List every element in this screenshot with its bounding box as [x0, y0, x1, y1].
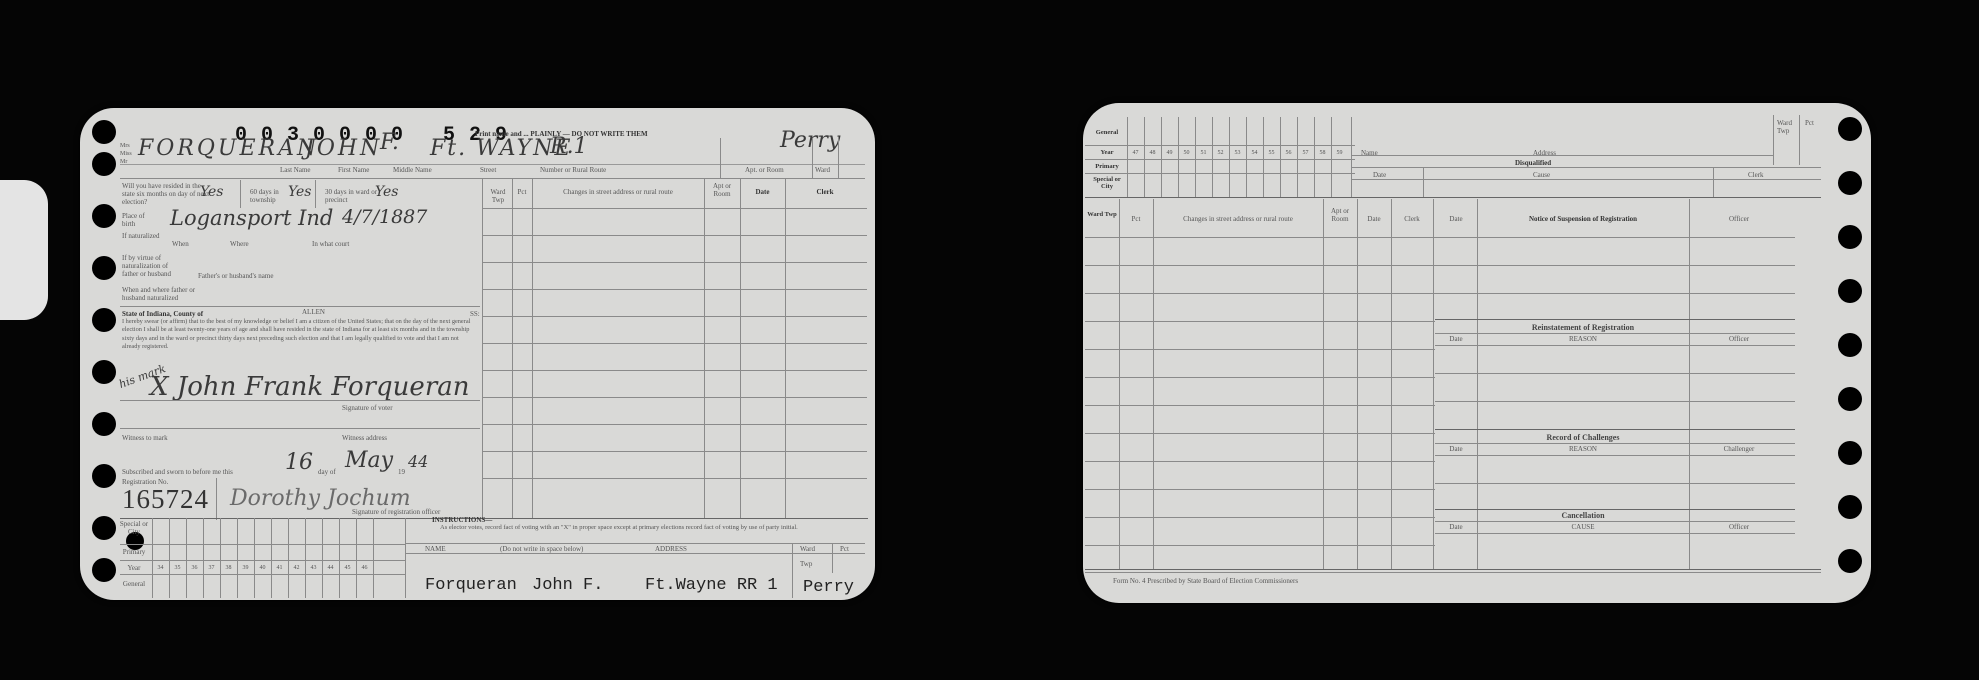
registration-card-back: General Year Primary Special or City 47 …	[1083, 103, 1871, 603]
voter-signature: X John Frank Forqueran	[150, 372, 470, 402]
sworn-day: 16	[285, 450, 313, 475]
challenges-header-date: Date	[1435, 445, 1477, 453]
back-grid-year: 58	[1314, 150, 1331, 156]
oath-text: I hereby swear (or affirm) that to the b…	[122, 318, 474, 352]
challenges-header-reason: REASON	[1477, 445, 1689, 453]
witness-address-label: Witness address	[342, 434, 387, 442]
back-grid-year: 52	[1212, 150, 1229, 156]
reinstatement-header-date: Date	[1435, 335, 1477, 343]
punch-hole	[1838, 441, 1862, 465]
instructions-title: INSTRUCTIONS—	[432, 516, 492, 524]
punch-hole	[92, 308, 116, 332]
punch-hole	[1838, 171, 1862, 195]
cancellation-title: Cancellation	[1477, 511, 1689, 520]
challenges-title: Record of Challenges	[1477, 433, 1689, 442]
back-changes-header-ward: Ward Twp	[1085, 211, 1119, 218]
back-grid-year: 48	[1144, 150, 1161, 156]
footer-ward-label: Ward	[800, 545, 815, 553]
registration-officer-label: Signature of registration officer	[352, 508, 440, 516]
q-state-residence: Will you have resided in the state six m…	[122, 182, 212, 206]
punch-hole	[92, 516, 116, 540]
typed-ward: Perry	[803, 578, 854, 597]
grid-label-year: Year	[118, 564, 150, 572]
oath-state-county: State of Indiana, County of	[122, 310, 203, 318]
a-township: Yes	[288, 184, 312, 200]
challenges-header-challenger: Challenger	[1689, 445, 1789, 453]
disq-clerk-label: Clerk	[1748, 171, 1764, 179]
suspension-header-notice: Notice of Suspension of Registration	[1477, 215, 1689, 223]
middle-name-value: F.	[380, 130, 399, 155]
footer-name-label: NAME	[425, 545, 446, 553]
changes-header-pct: Pct	[512, 188, 532, 196]
witness-mark-label: Witness to mark	[122, 434, 168, 442]
changes-header-ward: Ward Twp	[484, 188, 512, 204]
typed-address: Ft.Wayne RR 1	[645, 576, 778, 595]
disq-cause-label: Cause	[1533, 171, 1550, 179]
grid-year: 44	[322, 565, 339, 571]
punch-hole	[1838, 117, 1862, 141]
label-street: Street	[480, 166, 496, 174]
voter-signature-label: Signature of voter	[342, 404, 393, 412]
reinstatement-header-officer: Officer	[1689, 335, 1789, 343]
naturalized-label: If naturalized	[122, 232, 162, 240]
form-note: Form No. 4 Prescribed by State Board of …	[1113, 577, 1298, 585]
punch-hole	[92, 256, 116, 280]
father-when-where-label: When and where father or husband natural…	[122, 286, 202, 302]
label-middle-name: Middle Name	[393, 166, 432, 174]
back-changes-header-apt: Apt or Room	[1323, 207, 1357, 223]
sworn-year: 44	[408, 452, 428, 471]
last-name-value: FORQUERAN	[138, 136, 319, 161]
oath-county-value: ALLEN	[302, 308, 325, 316]
back-grid-label-special: Special or City	[1087, 176, 1127, 190]
birth-place: Logansport Ind	[170, 206, 333, 230]
back-changes-header-address: Changes in street address or rural route	[1153, 215, 1323, 223]
punch-hole	[1838, 225, 1862, 249]
grid-year: 37	[203, 565, 220, 571]
punch-hole	[1838, 549, 1862, 573]
back-grid-year: 59	[1331, 150, 1348, 156]
a-ward: Yes	[375, 184, 399, 200]
label-route: Number or Rural Route	[540, 166, 606, 174]
grid-year: 43	[305, 565, 322, 571]
punch-hole	[1838, 495, 1862, 519]
first-name-value: JOHN	[305, 136, 382, 161]
back-grid-label-year: Year	[1087, 149, 1127, 156]
changes-header-apt: Apt or Room	[704, 182, 740, 198]
registration-number: 165724	[122, 484, 209, 515]
grid-year: 45	[339, 565, 356, 571]
grid-year: 42	[288, 565, 305, 571]
naturalized-court: In what court	[312, 240, 349, 248]
sworn-year-prefix: 19	[398, 468, 405, 476]
punch-hole	[1838, 279, 1862, 303]
disq-pct-label: Pct	[1805, 119, 1814, 127]
footer-pct-label: Pct	[840, 545, 849, 553]
punch-hole	[92, 120, 116, 144]
registration-card-front: 0030000 529 Print name and ... PLAINLY —…	[80, 108, 875, 600]
label-last-name: Last Name	[280, 166, 311, 174]
sworn-day-label: day of	[318, 468, 336, 476]
back-grid-label-general: General	[1087, 129, 1127, 136]
back-grid-year: 53	[1229, 150, 1246, 156]
back-grid-year: 56	[1280, 150, 1297, 156]
punch-hole	[92, 464, 116, 488]
back-grid-year: 54	[1246, 150, 1263, 156]
back-grid-label-primary: Primary	[1087, 163, 1127, 170]
disq-ward-label: Ward Twp	[1777, 119, 1801, 135]
grid-year: 39	[237, 565, 254, 571]
reinstatement-title: Reinstatement of Registration	[1477, 323, 1689, 332]
naturalized-when: When	[172, 240, 189, 248]
back-grid-year: 50	[1178, 150, 1195, 156]
prefix-labels: Mrs Miss Mr	[120, 142, 132, 166]
cancellation-header-cause: CAUSE	[1477, 523, 1689, 531]
disq-title: Disqualified	[1515, 159, 1551, 167]
changes-header-date: Date	[740, 188, 785, 196]
grid-label-general: General	[118, 580, 150, 588]
footer-twp-label: Twp	[800, 560, 812, 568]
punch-hole	[1838, 333, 1862, 357]
grid-year: 35	[169, 565, 186, 571]
suspension-header-officer: Officer	[1689, 215, 1789, 223]
birth-date: 4/7/1887	[342, 206, 427, 228]
punch-hole	[92, 204, 116, 228]
typed-last-name: Forqueran	[425, 576, 517, 595]
label-ward: Ward	[815, 166, 830, 174]
back-grid-year: 49	[1161, 150, 1178, 156]
back-grid-year: 57	[1297, 150, 1314, 156]
back-grid-year: 47	[1127, 150, 1144, 156]
suspension-header-date: Date	[1435, 215, 1477, 223]
footer-address-label: ADDRESS	[655, 545, 687, 553]
punch-hole	[92, 412, 116, 436]
footer-no-write-label: (Do not write in space below)	[500, 545, 583, 553]
punch-hole	[92, 152, 116, 176]
grid-year: 38	[220, 565, 237, 571]
punch-hole	[92, 558, 116, 582]
ward-value: Perry	[780, 128, 840, 153]
father-naturalization-label: If by virtue of naturalization of father…	[122, 254, 182, 278]
grid-year: 41	[271, 565, 288, 571]
cancellation-header-officer: Officer	[1689, 523, 1789, 531]
back-changes-header-pct: Pct	[1119, 215, 1153, 223]
changes-header-clerk: Clerk	[785, 188, 865, 196]
reinstatement-header-reason: REASON	[1477, 335, 1689, 343]
back-grid-year: 51	[1195, 150, 1212, 156]
grid-year: 36	[186, 565, 203, 571]
route-value: R.1	[550, 134, 588, 159]
label-apt: Apt. or Room	[745, 166, 784, 174]
punch-hole	[92, 360, 116, 384]
grid-year: 46	[356, 565, 373, 571]
punch-hole	[1838, 387, 1862, 411]
cancellation-header-date: Date	[1435, 523, 1477, 531]
grid-year: 40	[254, 565, 271, 571]
sworn-month: May	[345, 448, 393, 473]
typed-first-name: John F.	[532, 576, 603, 595]
back-changes-header-clerk: Clerk	[1391, 215, 1433, 223]
father-name-label: Father's or husband's name	[198, 272, 273, 280]
grid-label-primary: Primary	[118, 548, 150, 556]
birth-label: Place of birth	[122, 212, 152, 228]
label-first-name: First Name	[338, 166, 369, 174]
sworn-text: Subscribed and sworn to before me this	[122, 468, 233, 476]
back-changes-header-date: Date	[1357, 215, 1391, 223]
back-grid-year: 55	[1263, 150, 1280, 156]
changes-header-address: Changes in street address or rural route	[534, 188, 702, 196]
disq-date-label: Date	[1373, 171, 1386, 179]
a-state-residence: Yes	[200, 184, 224, 200]
grid-year: 34	[152, 565, 169, 571]
oath-ss: SS:	[470, 310, 480, 318]
grid-label-special: Special or City	[118, 520, 150, 536]
adjacent-card-edge	[0, 180, 48, 320]
instructions-text: As elector votes, record fact of voting …	[440, 524, 860, 532]
naturalized-where: Where	[230, 240, 249, 248]
